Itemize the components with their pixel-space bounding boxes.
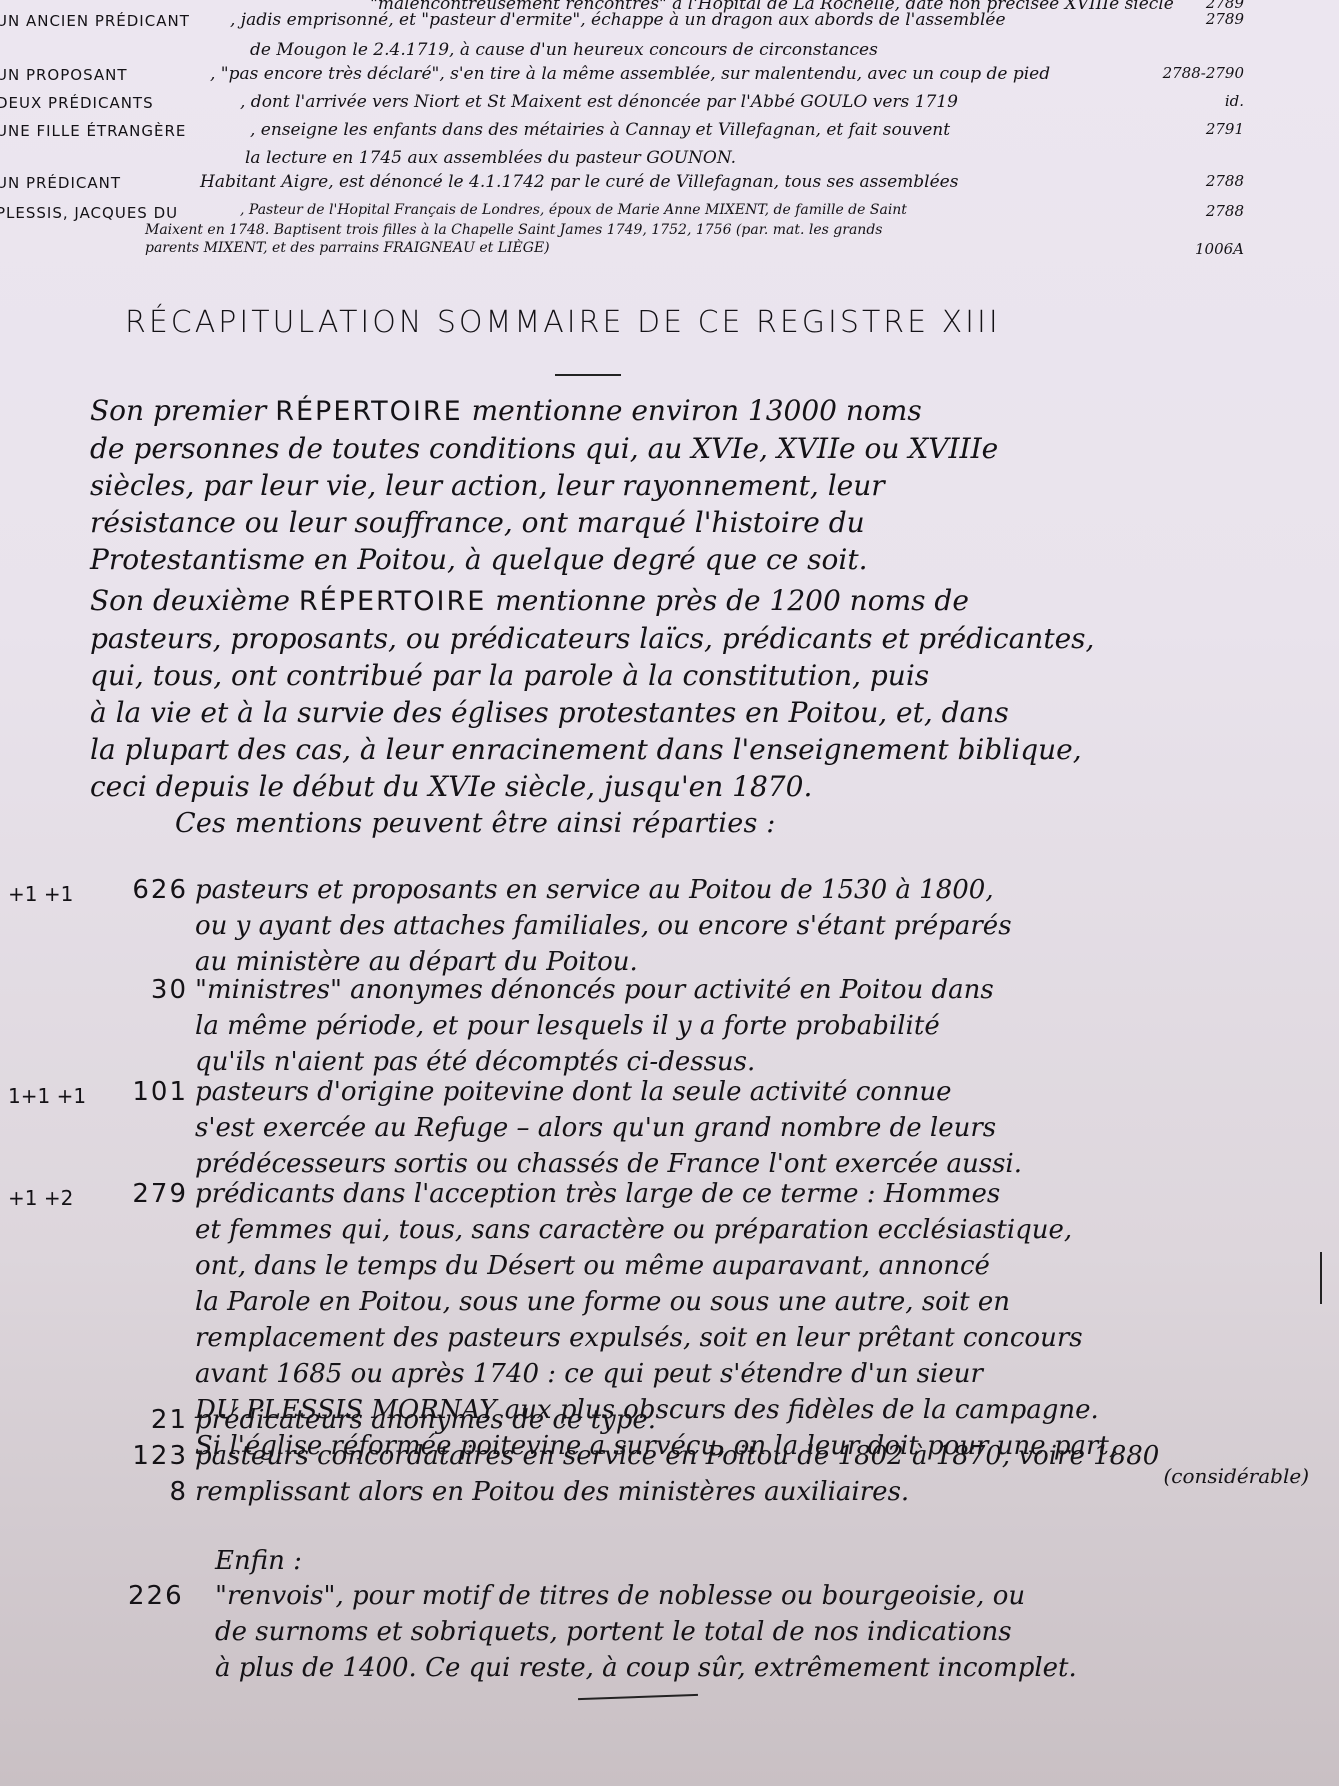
breakdown-line: remplacement des pasteurs expulsés, soit… <box>195 1320 1117 1356</box>
index-entry-label: UN PRÉDICANT <box>0 174 121 192</box>
paragraph-line: de personnes de toutes conditions qui, a… <box>90 430 1310 467</box>
breakdown-intro: Ces mentions peuvent être ainsi répartie… <box>175 808 776 839</box>
paragraph-line: la plupart des cas, à leur enracinement … <box>90 731 1310 768</box>
breakdown-text: pasteurs concordataires en service en Po… <box>195 1438 1159 1474</box>
closing-line: à plus de 1400. Ce qui reste, à coup sûr… <box>215 1650 1077 1686</box>
breakdown-line: la Parole en Poitou, sous une forme ou s… <box>195 1284 1117 1320</box>
breakdown-count: 626 <box>108 872 188 908</box>
breakdown-count: 8 <box>108 1474 188 1510</box>
text-segment: ceci depuis le début du XVIe siècle, jus… <box>90 770 812 803</box>
index-entry-label: PLESSIS, JACQUES DU <box>0 204 178 222</box>
text-segment: mentionne près de 1200 noms de <box>486 584 969 617</box>
paragraph-line: ceci depuis le début du XVIe siècle, jus… <box>90 768 1310 805</box>
breakdown-line: pasteurs et proposants en service au Poi… <box>195 872 1012 908</box>
breakdown-line: et femmes qui, tous, sans caractère ou p… <box>195 1212 1117 1248</box>
page-title: RÉCAPITULATION SOMMAIRE DE CE REGISTRE X… <box>125 305 1001 340</box>
breakdown-line: ont, dans le temps du Désert ou même aup… <box>195 1248 1117 1284</box>
side-note: (considérable) <box>1163 1458 1309 1494</box>
paragraph-line: qui, tous, ont contribué par la parole à… <box>90 657 1310 694</box>
breakdown-text: "ministres" anonymes dénoncés pour activ… <box>195 972 994 1080</box>
margin-annotation: +1 +1 <box>8 876 73 912</box>
text-segment: mentionne environ 13000 noms <box>463 394 922 427</box>
text-segment: à la vie et à la survie des églises prot… <box>90 696 1009 729</box>
text-segment: Son deuxième <box>90 584 299 617</box>
paragraph-line: siècles, par leur vie, leur action, leur… <box>90 467 1310 504</box>
breakdown-count: 279 <box>108 1176 188 1212</box>
index-entry-label: UN ANCIEN PRÉDICANT <box>0 12 190 30</box>
text-segment: pasteurs, proposants, ou prédicateurs la… <box>90 622 1094 655</box>
index-entry-label: DEUX PRÉDICANTS <box>0 94 154 112</box>
breakdown-line: "ministres" anonymes dénoncés pour activ… <box>195 972 994 1008</box>
text-segment: résistance ou leur souffrance, ont marqu… <box>90 506 865 539</box>
margin-mark <box>1320 1252 1322 1304</box>
index-entry-reference: 2791 <box>1206 120 1244 138</box>
text-segment: la plupart des cas, à leur enracinement … <box>90 733 1082 766</box>
paragraph-line: Son deuxième RÉPERTOIRE mentionne près d… <box>90 582 1310 620</box>
breakdown-line: avant 1685 ou après 1740 : ce qui peut s… <box>195 1356 1117 1392</box>
breakdown-text: remplissant alors en Poitou des ministèr… <box>195 1474 909 1510</box>
index-entry-label: UN PROPOSANT <box>0 66 128 84</box>
repertoire-term: RÉPERTOIRE <box>299 586 486 617</box>
index-entry-text: la lecture en 1745 aux assemblées du pas… <box>245 148 736 168</box>
breakdown-line: pasteurs d'origine poitevine dont la seu… <box>195 1074 1022 1110</box>
breakdown-line: prédicants dans l'acception très large d… <box>195 1176 1117 1212</box>
title-divider <box>555 374 621 376</box>
paragraph-line: Son premier RÉPERTOIRE mentionne environ… <box>90 392 1310 430</box>
breakdown-count: 21 <box>108 1402 188 1438</box>
index-entry-reference: 2789 <box>1206 10 1244 28</box>
paragraph-line: Protestantisme en Poitou, à quelque degr… <box>90 541 1310 578</box>
margin-annotation: 1+1 +1 <box>8 1078 86 1114</box>
index-entry-reference: 2788-2790 <box>1163 64 1244 82</box>
index-entry-reference: 2788 <box>1206 172 1244 190</box>
text-segment: Son premier <box>90 394 275 427</box>
end-divider <box>578 1694 698 1700</box>
index-entry-text: , dont l'arrivée vers Niort et St Maixen… <box>240 92 958 112</box>
margin-annotation: +1 +2 <box>8 1180 73 1216</box>
paragraph-line: à la vie et à la survie des églises prot… <box>90 694 1310 731</box>
text-segment: siècles, par leur vie, leur action, leur… <box>90 469 885 502</box>
index-entry-text: Habitant Aigre, est dénoncé le 4.1.1742 … <box>200 172 958 192</box>
breakdown-line: la même période, et pour lesquels il y a… <box>195 1008 994 1044</box>
closing-line: de surnoms et sobriquets, portent le tot… <box>215 1614 1077 1650</box>
breakdown-line: remplissant alors en Poitou des ministèr… <box>195 1474 909 1510</box>
index-entry-reference: id. <box>1225 92 1244 110</box>
paragraph-line: pasteurs, proposants, ou prédicateurs la… <box>90 620 1310 657</box>
breakdown-line: prédicateurs anonymes de ce type. <box>195 1402 656 1438</box>
text-segment: de personnes de toutes conditions qui, a… <box>90 432 998 465</box>
breakdown-count: 123 <box>108 1438 188 1474</box>
closing-line: "renvois", pour motif de titres de noble… <box>215 1578 1077 1614</box>
text-segment: Protestantisme en Poitou, à quelque degr… <box>90 543 868 576</box>
breakdown-count: 30 <box>108 972 188 1008</box>
breakdown-text: pasteurs et proposants en service au Poi… <box>195 872 1012 980</box>
repertoire-term: RÉPERTOIRE <box>275 396 462 427</box>
index-entry-text: , enseigne les enfants dans des métairie… <box>250 120 950 140</box>
index-entry-text: , jadis emprisonné, et "pasteur d'ermite… <box>230 10 1006 30</box>
index-entry-text: parents MIXENT, et des parrains FRAIGNEA… <box>145 240 550 256</box>
index-entry-text: , "pas encore très déclaré", s'en tire à… <box>210 64 1050 84</box>
closing-text: "renvois", pour motif de titres de noble… <box>215 1578 1077 1686</box>
breakdown-line: ou y ayant des attaches familiales, ou e… <box>195 908 1012 944</box>
index-entry-label: UNE FILLE ÉTRANGÈRE <box>0 122 186 140</box>
scanned-register-page: "malencontreusement rencontrés" à l'Hopi… <box>0 0 1339 1786</box>
index-entry-reference: 1006A <box>1195 240 1244 258</box>
index-entry-text: , Pasteur de l'Hopital Français de Londr… <box>240 202 907 218</box>
breakdown-line: pasteurs concordataires en service en Po… <box>195 1438 1159 1474</box>
index-entry-text: Maixent en 1748. Baptisent trois filles … <box>145 222 882 238</box>
breakdown-text: pasteurs d'origine poitevine dont la seu… <box>195 1074 1022 1182</box>
text-segment: qui, tous, ont contribué par la parole à… <box>90 659 929 692</box>
closing-label: Enfin : <box>215 1546 302 1576</box>
index-entry-text: de Mougon le 2.4.1719, à cause d'un heur… <box>250 40 878 60</box>
paragraph-line: résistance ou leur souffrance, ont marqu… <box>90 504 1310 541</box>
breakdown-count: 101 <box>108 1074 188 1110</box>
paragraph-second-repertoire: Son deuxième RÉPERTOIRE mentionne près d… <box>90 582 1310 805</box>
closing-count: 226 <box>128 1578 184 1614</box>
index-entry-reference: 2788 <box>1206 202 1244 220</box>
breakdown-text: prédicateurs anonymes de ce type. <box>195 1402 656 1438</box>
paragraph-first-repertoire: Son premier RÉPERTOIRE mentionne environ… <box>90 392 1310 578</box>
breakdown-line: s'est exercée au Refuge – alors qu'un gr… <box>195 1110 1022 1146</box>
